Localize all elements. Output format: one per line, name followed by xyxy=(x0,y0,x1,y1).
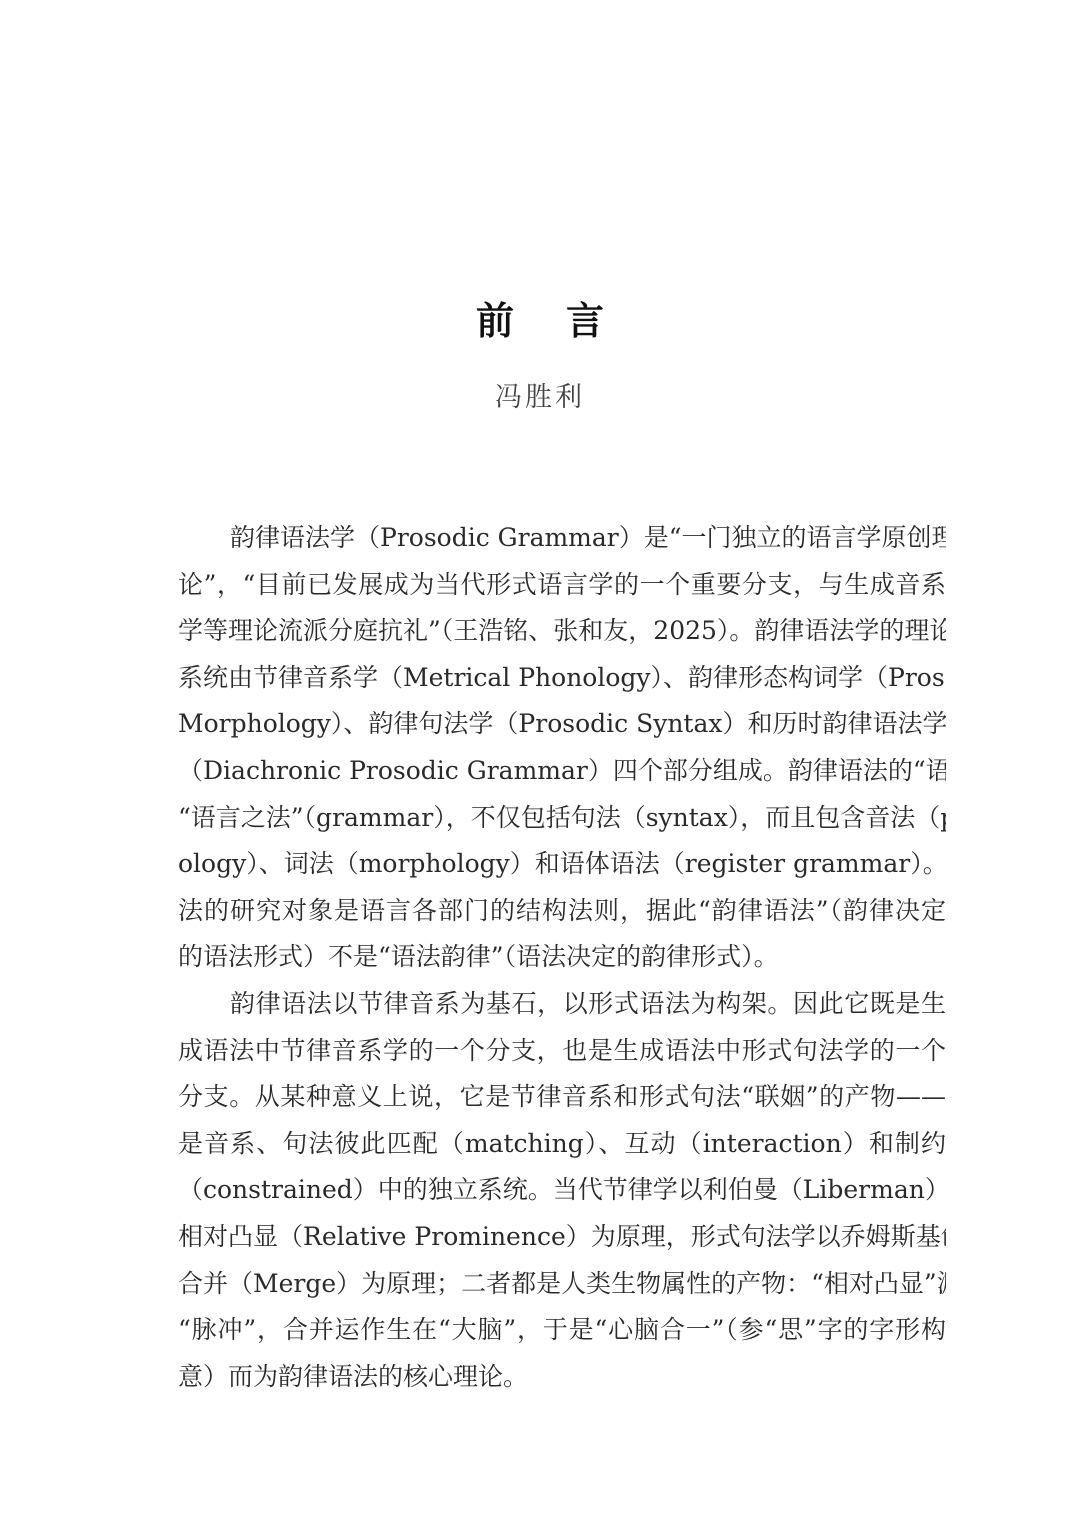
paragraph-2: 韵律语法以节律音系为基石，以形式语法为构架。因此它既是生 成语法中节律音系学的一… xyxy=(178,981,946,1400)
text-line: 学等理论流派分庭抗礼”（王浩铭、张和友，2025）。韵律语法学的理论 xyxy=(178,608,946,655)
text-line: “语言之法”（grammar），不仅包括句法（syntax），而且包含音法（ph… xyxy=(178,795,946,842)
text-line: 相对凸显（Relative Prominence）为原理，形式句法学以乔姆斯基创… xyxy=(178,1214,946,1261)
text-line: 的语法形式）不是“语法韵律”（语法决定的韵律形式）。 xyxy=(178,934,946,981)
text-line: 韵律语法以节律音系为基石，以形式语法为构架。因此它既是生 xyxy=(178,981,946,1028)
author-name: 冯胜利 xyxy=(0,380,1080,416)
text-line: 意）而为韵律语法的核心理论。 xyxy=(178,1354,946,1401)
text-line: 分支。从某种意义上说，它是节律音系和形式句法“联姻”的产物—— xyxy=(178,1074,946,1121)
text-line: 法的研究对象是语言各部门的结构法则，据此“韵律语法”（韵律决定 xyxy=(178,888,946,935)
text-line: Morphology）、韵律句法学（Prosodic Syntax）和历时韵律语… xyxy=(178,701,946,748)
text-line: “脉冲”，合并运作生在“大脑”，于是“心脑合一”（参“思”字的字形构 xyxy=(178,1307,946,1354)
text-line: ology）、词法（morphology）和语体语法（register gram… xyxy=(178,841,946,888)
text-line: 是音系、句法彼此匹配（matching）、互动（interaction）和制约 xyxy=(178,1121,946,1168)
text-line: 成语法中节律音系学的一个分支，也是生成语法中形式句法学的一个 xyxy=(178,1028,946,1075)
body-text: 韵律语法学（Prosodic Grammar）是“一门独立的语言学原创理 论”，… xyxy=(178,515,946,1400)
paragraph-1: 韵律语法学（Prosodic Grammar）是“一门独立的语言学原创理 论”，… xyxy=(178,515,946,981)
text-line: （constrained）中的独立系统。当代节律学以利伯曼（Liberman）发… xyxy=(178,1167,946,1214)
text-line: 论”，“目前已发展成为当代形式语言学的一个重要分支，与生成音系 xyxy=(178,562,946,609)
text-line: （Diachronic Prosodic Grammar）四个部分组成。韵律语法… xyxy=(178,748,946,795)
text-line: 韵律语法学（Prosodic Grammar）是“一门独立的语言学原创理 xyxy=(178,515,946,562)
text-line: 合并（Merge）为原理；二者都是人类生物属性的产物：“相对凸显”源于 xyxy=(178,1261,946,1308)
page-title: 前言 xyxy=(0,296,1080,346)
text-line: 系统由节律音系学（Metrical Phonology）、韵律形态构词学（Pro… xyxy=(178,655,946,702)
